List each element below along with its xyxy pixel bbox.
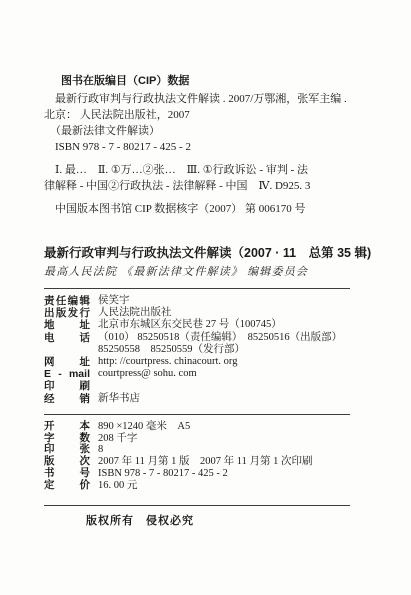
colophon-row: 网 址 http: //courtpress. chinacourt. org <box>44 356 350 368</box>
colophon-row: 经 销 新华书店 <box>44 393 350 405</box>
cip-block: 图书在版编目（CIP）数据 最新行政审判与行政执法文件解读 . 2007/万鄂湘… <box>44 74 350 217</box>
copyright-page: 图书在版编目（CIP）数据 最新行政审判与行政执法文件解读 . 2007/万鄂湘… <box>0 0 411 595</box>
colophon-value: 85250558 85250559（发行部） <box>98 344 245 356</box>
colophon-value: 侯笑宇 <box>98 295 130 307</box>
print-spec-label: 定 价 <box>44 480 90 492</box>
colophon-value: http: //courtpress. chinacourt. org <box>98 356 237 368</box>
print-spec-value: 890 ×1240 毫米 A5 <box>98 421 190 433</box>
divider <box>44 288 350 289</box>
colophon-label: E - mail <box>44 368 90 380</box>
print-spec-value: 208 千字 <box>98 433 137 445</box>
colophon-value: 新华书店 <box>98 393 140 405</box>
cip-record-number: 中国版本图书馆 CIP 数据核字（2007） 第 006170 号 <box>55 201 350 217</box>
print-spec-row: 开 本 890 ×1240 毫米 A5 <box>44 421 350 433</box>
colophon-row-continuation: 85250558 85250559（发行部） <box>44 344 350 356</box>
book-subtitle: 最高人民法院 《最新法律文件解读》 编辑委员会 <box>44 265 350 279</box>
print-spec-value: 8 <box>98 444 103 456</box>
divider <box>44 505 350 506</box>
colophon-value: 人民法院出版社 <box>98 307 172 319</box>
colophon-row: E - mail courtpress@ sohu. com <box>44 368 350 380</box>
print-spec-rows: 开 本 890 ×1240 毫米 A5 字 数 208 千字 印 张 8 版 次… <box>44 421 350 492</box>
colophon-row: 地 址 北京市东城区东交民巷 27 号（100745） <box>44 319 350 331</box>
colophon-label: 出版发行 <box>44 307 90 319</box>
print-spec-row: 定 价 16. 00 元 <box>44 480 350 492</box>
colophon-label: 印 刷 <box>44 380 90 392</box>
colophon-label <box>44 344 90 356</box>
colophon-label: 责任编辑 <box>44 295 90 307</box>
print-spec-value: 2007 年 11 月第 1 版 2007 年 11 月第 1 次印刷 <box>98 456 312 468</box>
title-block: 最新行政审判与行政执法文件解读（2007 · 11 总第 35 辑) 最高人民法… <box>44 245 350 279</box>
print-spec-label: 开 本 <box>44 421 90 433</box>
colophon-row: 责任编辑 侯笑宇 <box>44 295 350 307</box>
colophon-row: 印 刷 <box>44 380 350 392</box>
colophon-label: 网 址 <box>44 356 90 368</box>
colophon-rows: 责任编辑 侯笑宇 出版发行 人民法院出版社 地 址 北京市东城区东交民巷 27 … <box>44 295 350 405</box>
page-content: 图书在版编目（CIP）数据 最新行政审判与行政执法文件解读 . 2007/万鄂湘… <box>0 0 411 528</box>
colophon-value: （010） 85250518（责任编辑） 85250516（出版部） <box>98 332 342 344</box>
divider <box>44 414 350 415</box>
colophon-label: 经 销 <box>44 393 90 405</box>
cip-line: （最新法律文件解读） <box>50 123 350 139</box>
copyright-notice: 版权所有 侵权必究 <box>86 515 350 528</box>
colophon-value: courtpress@ sohu. com <box>98 368 197 380</box>
colophon-label: 地 址 <box>44 319 90 331</box>
cip-classification-line: 律解释 - 中国②行政执法 - 法律解释 - 中国 Ⅳ. D925. 3 <box>44 178 350 194</box>
cip-classification-line: Ⅰ. 最… Ⅱ. ①万…②张… Ⅲ. ①行政诉讼 - 审判 - 法 <box>55 162 350 178</box>
colophon-row: 电 话 （010） 85250518（责任编辑） 85250516（出版部） <box>44 332 350 344</box>
cip-line: 最新行政审判与行政执法文件解读 . 2007/万鄂湘，张军主编 . <box>55 91 350 107</box>
cip-heading: 图书在版编目（CIP）数据 <box>61 74 350 88</box>
colophon-label: 电 话 <box>44 332 90 344</box>
print-spec-value: ISBN 978 - 7 - 80217 - 425 - 2 <box>98 468 228 480</box>
cip-line: 北京： 人民法院出版社，2007 <box>44 107 350 123</box>
colophon-value: 北京市东城区东交民巷 27 号（100745） <box>98 319 282 331</box>
print-spec-value: 16. 00 元 <box>98 480 137 492</box>
colophon-row: 出版发行 人民法院出版社 <box>44 307 350 319</box>
book-title: 最新行政审判与行政执法文件解读（2007 · 11 总第 35 辑) <box>44 245 350 261</box>
cip-isbn-line: ISBN 978 - 7 - 80217 - 425 - 2 <box>55 139 350 155</box>
